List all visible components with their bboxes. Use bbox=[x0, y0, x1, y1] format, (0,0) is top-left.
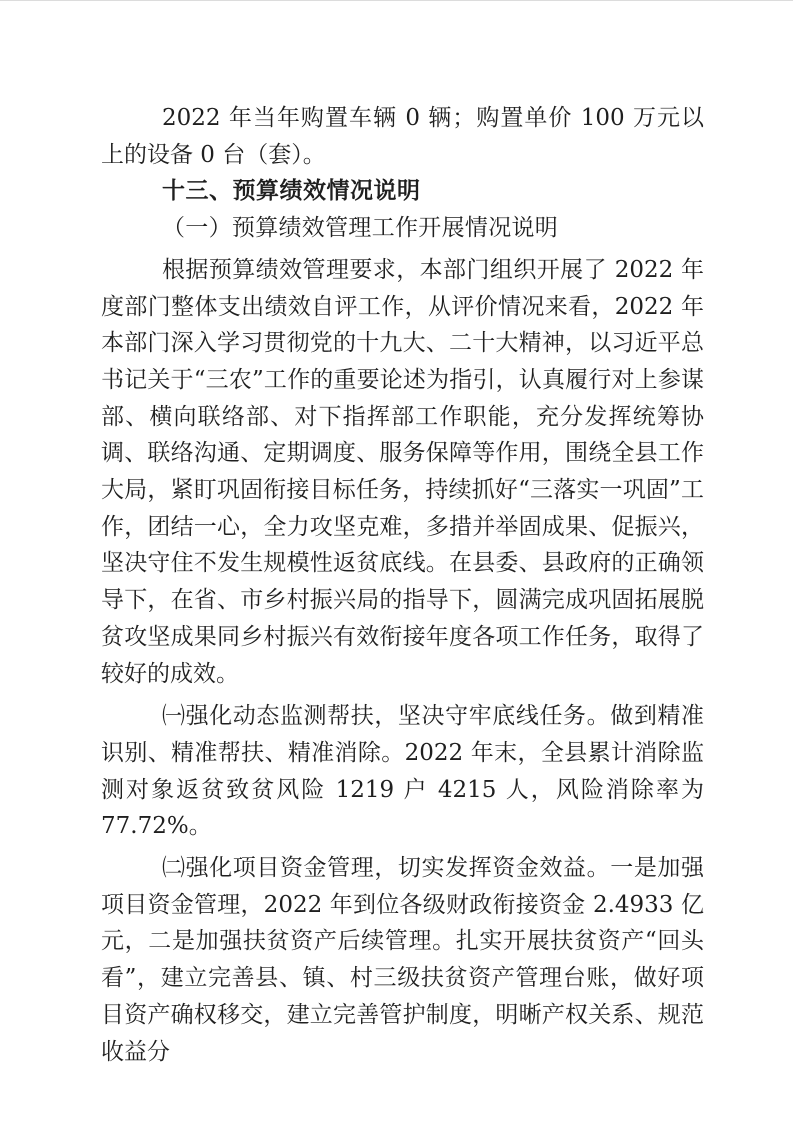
para-vehicle-equipment: 2022 年当年购置车辆 0 辆；购置单价 100 万元以上的设备 0 台（套）… bbox=[101, 100, 704, 173]
document-body: 2022 年当年购置车辆 0 辆；购置单价 100 万元以上的设备 0 台（套）… bbox=[101, 100, 704, 1070]
section-heading-13: 十三、预算绩效情况说明 bbox=[101, 173, 704, 210]
subsection-heading-1: （一）预算绩效管理工作开展情况说明 bbox=[101, 210, 704, 247]
para-point-2-funds: ㈡强化项目资金管理，切实发挥资金效益。一是加强项目资金管理，2022 年到位各级… bbox=[101, 850, 704, 1070]
para-performance-overview: 根据预算绩效管理要求，本部门组织开展了 2022 年度部门整体支出绩效自评工作，… bbox=[101, 252, 704, 692]
para-point-1-monitoring: ㈠强化动态监测帮扶，坚决守牢底线任务。做到精准识别、精准帮扶、精准消除。2022… bbox=[101, 698, 704, 845]
page-top-edge-line bbox=[0, 0, 793, 1]
document-page: 2022 年当年购置车辆 0 辆；购置单价 100 万元以上的设备 0 台（套）… bbox=[0, 0, 793, 1122]
